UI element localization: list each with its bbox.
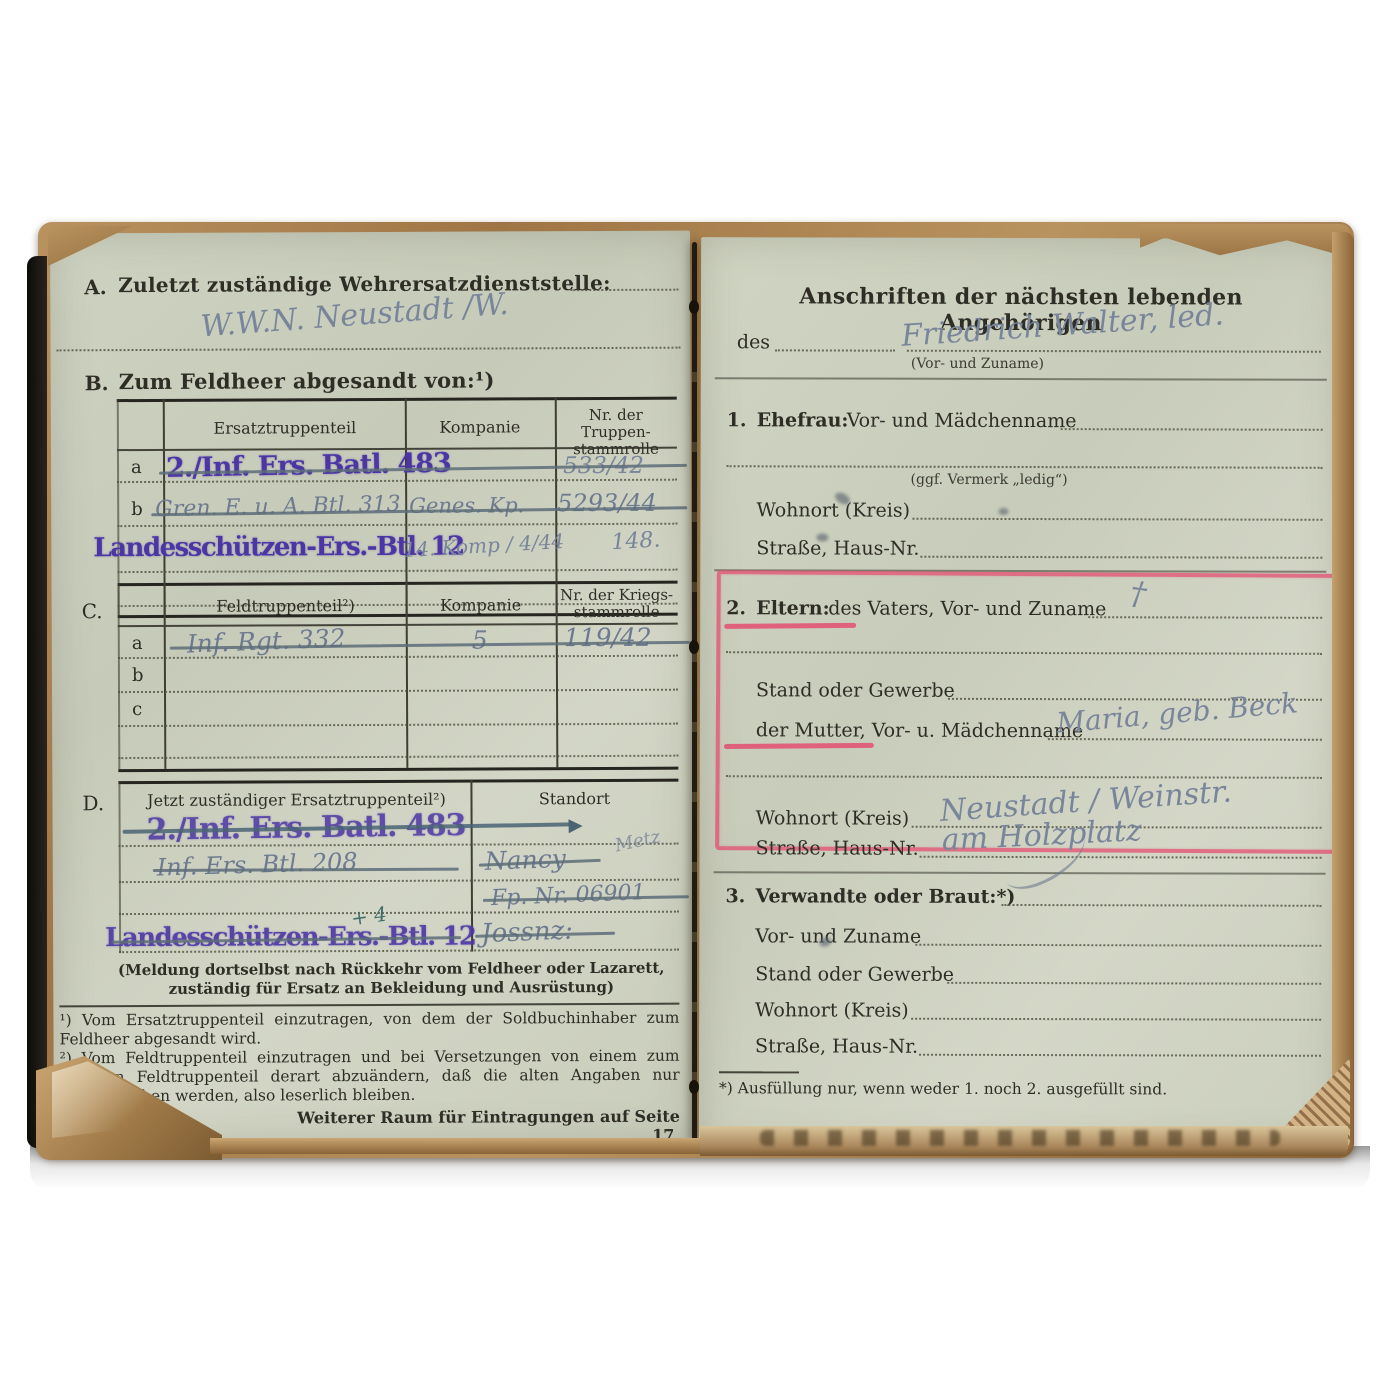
- c-row-a-unit: Inf. Rgt. 332: [186, 623, 346, 658]
- section-3-name-line: Vor- und Zuname: [755, 925, 921, 947]
- section-1-strasse: Straße, Haus-Nr.: [756, 537, 919, 559]
- cover-bottom-edge-smudges: [760, 1130, 1280, 1146]
- section-a-title: Zuletzt zuständige Wehrersatzdienststell…: [118, 271, 611, 297]
- d-col-unit: Jetzt zuständiger Ersatztruppenteil²): [128, 790, 464, 810]
- d-row-1-strike-arrowhead: [568, 819, 582, 833]
- section-2-label: 2.: [726, 597, 746, 619]
- ink-smudge-3: [998, 508, 1008, 515]
- section-1-label: 1.: [727, 409, 747, 431]
- c-row-a-label: a: [132, 633, 143, 654]
- right-page: Anschriften der nächsten lebenden Angehö…: [699, 237, 1341, 1151]
- b-row-b-company: Genes. Kp.: [409, 493, 524, 518]
- c-row-c-line: [118, 723, 678, 727]
- section-3-label: 3.: [725, 885, 745, 907]
- soldbuch-scan: A. Zuletzt zuständige Wehrersatzdienstst…: [0, 0, 1400, 1400]
- des-leader-2: [907, 350, 1321, 353]
- section-2-wohnort: Wohnort (Kreis): [756, 807, 910, 829]
- section-3-wohnort: Wohnort (Kreis): [755, 999, 909, 1021]
- section-a-line: [57, 347, 681, 352]
- section-3-stand-leader: [947, 982, 1321, 985]
- c-col-number: Nr. der Kriegs-stammrolle: [558, 587, 676, 622]
- section-1-line-2: [727, 465, 1323, 469]
- cover-right-edge: [1332, 232, 1354, 1150]
- d-row-2-unit: Inf. Ers. Btl. 208: [156, 847, 358, 881]
- section-a-leader: [570, 289, 678, 291]
- b-table-top: [117, 397, 677, 402]
- section-1-name-leader: [1061, 428, 1323, 431]
- section-1-wohnort: Wohnort (Kreis): [756, 499, 910, 521]
- section-1-strasse-leader: [920, 556, 1322, 559]
- c-col-line-2: [406, 582, 409, 768]
- gutter-seam: [692, 242, 697, 1144]
- section-2-mutter-line: der Mutter, Vor- u. Mädchenname: [756, 719, 1083, 742]
- c-col-company: Kompanie: [410, 595, 552, 615]
- section-d-note: (Meldung dortselbst nach Rückkehr vom Fe…: [103, 959, 679, 1000]
- section-2-strasse-leader: [920, 856, 1322, 859]
- section-1-caption: (ggf. Vermerk „ledig“): [911, 472, 1068, 488]
- c-left-border: [118, 583, 121, 769]
- c-col-line-1: [164, 583, 167, 769]
- name-caption: (Vor- und Zuname): [911, 356, 1044, 372]
- c-row-c-label: c: [132, 699, 142, 720]
- section-2-heading-red-underline: [724, 623, 856, 629]
- b-row-b-number: 5293/44: [557, 489, 657, 517]
- section-1-name-line: Vor- und Mädchenname: [847, 410, 1077, 433]
- gutter-stitch-knot-1: [689, 300, 699, 314]
- des-leader-1: [775, 349, 895, 351]
- b-row-a-unit-stamp: 2./Inf. Ers. Batl. 483: [166, 448, 451, 484]
- gutter-stitch-knot-2: [689, 640, 699, 654]
- c-col-unit: Feldtruppenteil²): [172, 596, 400, 616]
- right-footnote: *) Ausfüllung nur, wenn weder 1. noch 2.…: [719, 1079, 1319, 1099]
- section-2-father-line: des Vaters, Vor- und Zuname: [828, 597, 1106, 620]
- c-row-blank-line: [118, 755, 678, 759]
- section-3-stand: Stand oder Gewerbe: [755, 963, 954, 986]
- c-row-b-label: b: [132, 665, 144, 686]
- d-row-3-line: [119, 911, 679, 915]
- footnote-1: ¹) Vom Ersatztruppenteil einzutragen, vo…: [59, 1009, 679, 1050]
- cover-bottom-edge-left: [210, 1138, 700, 1154]
- c-row-b-line: [118, 689, 678, 693]
- b-row-b-label: b: [131, 499, 143, 520]
- footnote-rule: [59, 1003, 679, 1007]
- cover-black-edge: [27, 256, 47, 1148]
- left-page: A. Zuletzt zuständige Wehrersatzdienstst…: [50, 231, 694, 1146]
- section-2-heading: Eltern:: [756, 597, 829, 619]
- d-col-location: Standort: [474, 789, 674, 809]
- c-row-a-company: 5: [472, 625, 488, 654]
- ink-smudge-2: [816, 533, 828, 541]
- b-row-b-unit: Gren. E. u. A. Btl. 313: [155, 492, 401, 522]
- b-col-company: Kompanie: [409, 417, 551, 437]
- section-3-strasse-leader: [919, 1054, 1321, 1057]
- section-1-heading: Ehefrau:: [757, 409, 849, 431]
- section-d-label: D.: [82, 791, 104, 815]
- section-3-wohnort-leader: [911, 1018, 1321, 1021]
- section-3-strasse: Straße, Haus-Nr.: [755, 1035, 918, 1057]
- d-row-2-location-note: Metz: [613, 826, 662, 856]
- gutter-stitch-knot-3: [689, 1080, 699, 1094]
- d-table-top: [118, 779, 678, 784]
- b-col-number: Nr. der Truppen-stammrolle: [557, 407, 675, 459]
- c-table-bottom: [118, 767, 678, 772]
- section-1-wohnort-leader: [912, 518, 1322, 521]
- section-c-label: C.: [82, 599, 103, 623]
- section-3-name-leader: [915, 944, 1321, 947]
- section-a-label: A.: [84, 275, 107, 299]
- b-row-stamp-number: 148.: [611, 527, 661, 555]
- right-footnote-rule: [719, 1071, 799, 1073]
- des-label: des: [737, 331, 770, 353]
- section-3-leader: [1001, 904, 1321, 907]
- section-2-stand: Stand oder Gewerbe: [756, 679, 955, 702]
- section-b-label: B.: [85, 371, 109, 395]
- section-3-heading: Verwandte oder Braut:*): [755, 885, 1015, 908]
- d-row-4-unit-note: + 4: [349, 902, 388, 931]
- rule-under-name: [715, 377, 1327, 380]
- b-row-stamp-line: [117, 569, 677, 573]
- section-2-strasse: Straße, Haus-Nr.: [756, 837, 919, 859]
- b-col-unit: Ersatztruppenteil: [171, 418, 399, 438]
- b-row-b-line: [117, 523, 677, 527]
- b-row-a-label: a: [131, 457, 142, 478]
- section-b-title: Zum Feldheer abgesandt von:¹): [119, 367, 495, 394]
- c-row-a-number: 119/42: [564, 623, 652, 652]
